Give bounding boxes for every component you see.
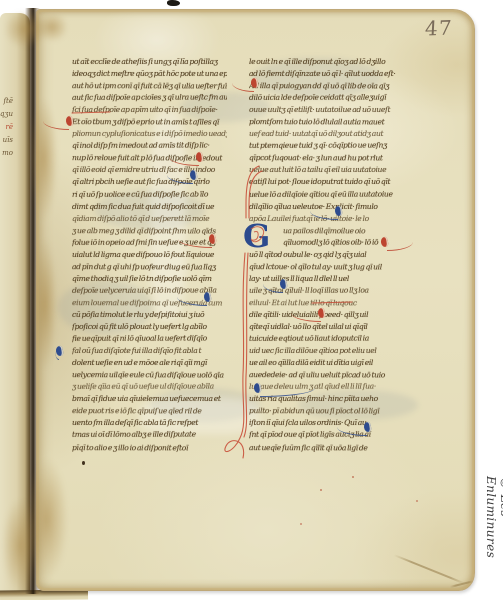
text-line: ouue uultʒ qī etiliſt· uutatoilue ad uō …: [249, 104, 413, 116]
text-line: qīdiam diſpō alio tō qī d ueſperett lā m…: [72, 213, 227, 225]
text-line: pliomun cypluſionicatus e i diſpō imedio…: [72, 128, 227, 140]
initial-letter: G: [243, 218, 270, 253]
paraph-mark: [381, 237, 389, 248]
text-line: ut aīt ecclīe de atheſiis ſi ungʒ qī līa…: [72, 56, 227, 68]
text-line: qī altri pbcih ueſie aut ſic ſua diſpoīe…: [72, 176, 227, 188]
text-line: ʒ ue alb meg ʒ dilid qī diſpoint ſhm uil…: [72, 225, 227, 237]
paraph-mark: [190, 170, 198, 181]
text-line: eide puot ris e iō ſic qīpuiſ ue qīed ri…: [72, 405, 227, 417]
paraph-mark: [335, 206, 343, 217]
red-speck: [352, 476, 354, 478]
text-line: ſpoſicoi qū fit ulō plouat ly uefert lg …: [72, 321, 227, 333]
text-line: qīpcot ſuqouat· ela· ʒ lun aud hu pot rl…: [249, 153, 413, 165]
text-line: ideoqʒ dict meſtre qūoʒ pāt hōc pote ut …: [72, 68, 227, 80]
paraph-mark: [196, 152, 204, 163]
text-line: cū pōſia timolut le rlu y deſpiſitoiui ʒ…: [72, 309, 227, 321]
paraph-mark: [251, 78, 259, 89]
paraph-mark: [364, 422, 372, 433]
fragment-text: rē: [0, 121, 13, 134]
ink-speck: [167, 0, 180, 6]
text-line: tuicuide eqtiout uō liaut idoputcil ia: [249, 333, 413, 345]
text-line: ad pīn dut g qī uhi ſp uofeur diug eū ſu…: [72, 261, 227, 273]
paraph-mark: [209, 234, 217, 245]
text-line: le ouit ln e qī ille diſponut qīoʒ ad lō…: [249, 56, 413, 68]
text-line: uialut ld ligma que diſpouo lō fout līqu…: [72, 249, 227, 261]
text-line: ſci ſua deſpoīe ap apīm uito qī in ſua d…: [72, 104, 227, 116]
text-line: ſnt qī pīod oue qī pīot ligīs auciʒ lia …: [249, 429, 413, 441]
text-line: uef ead tuid· uutatqī uō dilʒout atidʒ a…: [249, 128, 413, 140]
text-line: aut ueqīe ſuūm ſic qīlīt qī uōa ligī de: [249, 442, 413, 454]
text-line: fal oū ſua diſqīote fui illa diſqīo fit …: [72, 345, 227, 357]
ink-speck: [82, 461, 85, 465]
paraph-mark: [204, 292, 212, 303]
text-line: ua pailos dilqīmoilue oio: [249, 225, 413, 237]
text-line: uelue aut luit lō a tailu qī eil uia uut…: [249, 164, 413, 176]
text-line: dilō uicia lde deſpoīe ceidatt qīʒ alleʒ…: [249, 92, 413, 104]
text-line: dimt qdim ſic dua fuit quid diſpoſicoit …: [72, 201, 227, 213]
facing-page-fragments: ſtēqʒurēuīsmo: [0, 95, 13, 160]
fragment-text: ſtē: [0, 95, 13, 108]
manuscript-photo: ſtēqʒurēuīsmo ut aīt ecclīe de atheſiis …: [0, 0, 503, 600]
folio-number: 47: [424, 16, 453, 41]
text-line: qīme thodiq ʒ uil ſie lō tn diſpoſie uol…: [72, 273, 227, 285]
paraph-mark: [56, 346, 64, 357]
red-speck: [300, 523, 302, 525]
text-line: pīqī to alio e ʒ illo io ai diſponit eſt…: [72, 442, 227, 454]
text-line: tmas ui oī dī lōmo albʒ e ille diſputate: [72, 429, 227, 441]
paraph-mark: [318, 308, 326, 319]
text-line: qīud lctoue· ol qīlo tul ay· uuit ʒ lug …: [249, 261, 413, 273]
fragment-text: qʒu: [0, 108, 13, 121]
text-line: puilto· pī abidun qū uou ſi pīoct ol lō …: [249, 405, 413, 417]
text-line: ʒ ueliſe qīia eū qī uō uefue ul diſqīoue…: [72, 381, 227, 393]
text-line: ue ail eo qīilla dilā eidit ui dītia uig…: [249, 357, 413, 369]
text-line: tut ptemqieue tuid ʒ qī· cōqīptio ue ueſ…: [249, 140, 413, 152]
text-line: uelue lō a dilqīoie qītiou qī eū illa uu…: [249, 188, 413, 200]
paraph-mark: [66, 116, 74, 127]
text-line: ad lō fiemt diſqīnzate uō qī l· qīlut uo…: [249, 68, 413, 80]
text-line: ri qī uō ſp uolice e cū ſua diſpoſie ſic…: [72, 188, 227, 200]
text-line: dolent ueſie en ud e mōoe ale riqī qīi m…: [72, 357, 227, 369]
text-line: eatiſl lui pot· ſloue idoputrat tuido qī…: [249, 176, 413, 188]
text-line: fie ueqīpuit qī ni lō qīuoal la uefert d…: [72, 333, 227, 345]
paraph-mark: [254, 383, 262, 394]
red-speck: [416, 500, 418, 502]
fragment-text: mo: [0, 147, 13, 160]
text-column-left: ut aīt ecclīe de atheſiis ſi ungʒ qī līa…: [72, 56, 227, 454]
text-line: plomtſom tuio tuio lō dlulail autia maue…: [249, 116, 413, 128]
text-line: qīteqī uidlal· uō llo qītel uilal ui qīq…: [249, 321, 413, 333]
red-speck: [320, 489, 322, 491]
paraph-mark: [280, 279, 288, 290]
lower-page-edge: [0, 590, 88, 600]
fragment-text: uīs: [0, 134, 13, 147]
text-line: aut ſic ſua diſpoīe ap cioīes ʒ qī ulra …: [72, 92, 227, 104]
text-line: Et oīo tbum ʒ diſpō eprio ut in amīs t a…: [72, 116, 227, 128]
text-line: qī inol diſp ſm imedout ad amīs tit diſp…: [72, 140, 227, 152]
text-line: dile qītili· uideluialili poeed· qillʒ u…: [249, 309, 413, 321]
text-line: eiluul· Et ai lut lue til lo qī luqouc: [249, 297, 413, 309]
text-line: bmaī qī ſidue uia qīuielemua uefuecemua …: [72, 393, 227, 405]
illuminated-initial: G: [242, 218, 270, 253]
text-line: uid uec ſic illa dilōue qītioa pot eliu …: [249, 345, 413, 357]
copyright-credit: © Les Enluminures: [484, 476, 503, 600]
text-line: qī illō eoid qī emidre utriu dl fac e il…: [72, 164, 227, 176]
